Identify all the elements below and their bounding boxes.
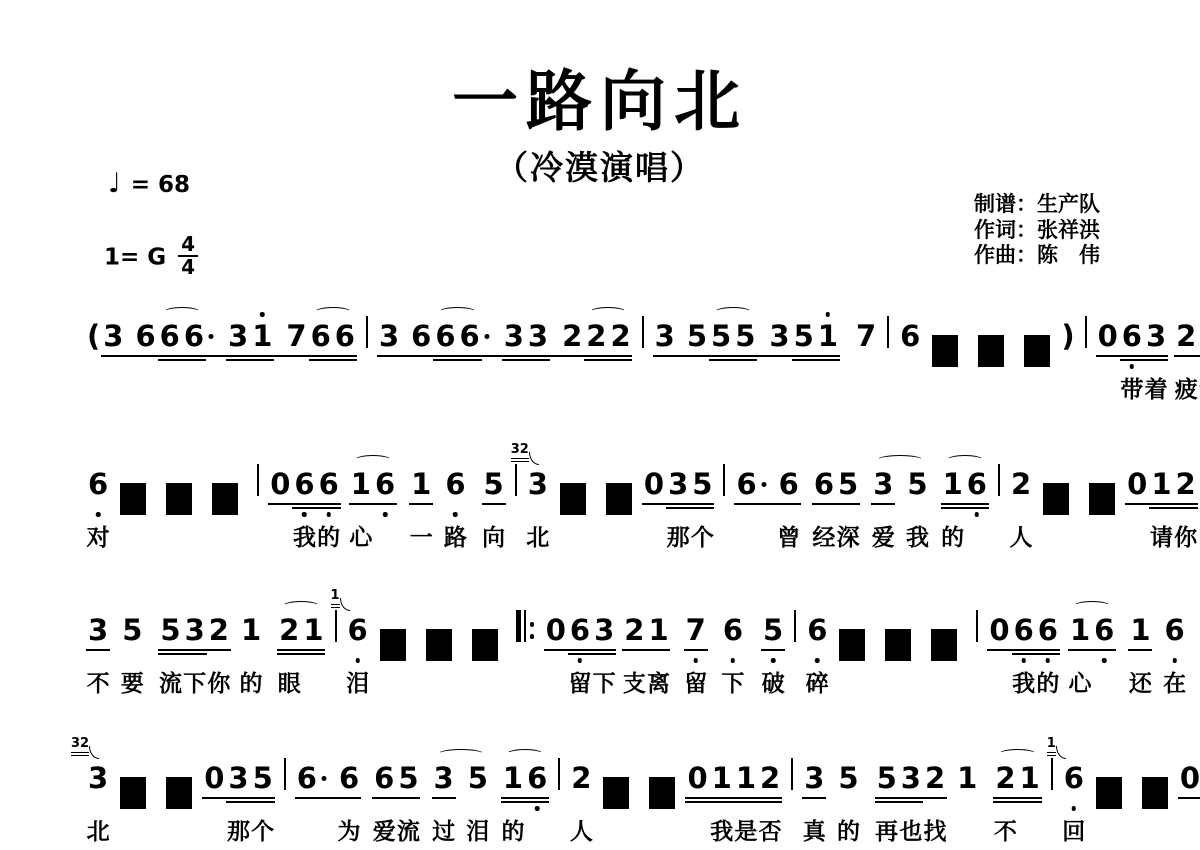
barline xyxy=(1051,758,1053,790)
octave-dot-low xyxy=(578,658,583,663)
grace-hook xyxy=(529,452,539,465)
digit: 1 xyxy=(303,613,323,647)
octave-dot-low xyxy=(1172,658,1177,663)
spacer xyxy=(947,762,955,794)
digit: 2 xyxy=(279,613,299,647)
digit: 6 xyxy=(460,319,480,353)
octave-dot-low xyxy=(326,512,331,517)
spacer xyxy=(144,614,158,646)
digit: 7 xyxy=(686,613,706,647)
digit: 3 xyxy=(504,319,524,353)
digit: 6 xyxy=(348,613,368,647)
beam-line xyxy=(158,653,207,655)
grace-hook xyxy=(340,598,350,611)
grace-note: 1 xyxy=(331,589,340,608)
lyric-text: 的 xyxy=(1036,665,1059,698)
digit: 3 xyxy=(228,761,248,795)
key-signature: 1= G44 xyxy=(104,236,198,280)
note-digit: 0 xyxy=(642,468,666,500)
dash-note xyxy=(166,483,192,515)
beam-line xyxy=(993,797,1042,799)
parenthesis: ) xyxy=(1060,320,1075,352)
spacer xyxy=(216,320,226,352)
lyric-text: 不 xyxy=(87,665,110,698)
beam-line xyxy=(1178,797,1200,799)
digit: 6 xyxy=(294,467,314,501)
beam-line xyxy=(684,649,708,651)
dash-note xyxy=(932,335,958,367)
note-digit: 6我 xyxy=(1012,614,1036,646)
credit-arranger: 制谱：生产队 xyxy=(974,192,1100,218)
quarter-note-icon: ♩ xyxy=(108,168,121,199)
lyric-text: 的 xyxy=(317,519,340,552)
digit: 1 xyxy=(241,613,261,647)
digit: 3 xyxy=(901,761,921,795)
beam-line xyxy=(1128,649,1152,651)
dash-note xyxy=(606,483,632,515)
barline xyxy=(515,464,517,496)
lyric-text: 请 xyxy=(1150,519,1173,552)
barline xyxy=(335,610,337,642)
lyric-text: 下 xyxy=(593,665,616,698)
digit: 2 xyxy=(610,319,630,353)
octave-dot-low xyxy=(1130,364,1135,369)
spacer xyxy=(274,320,284,352)
beam-line xyxy=(226,359,274,361)
digit: 3 xyxy=(804,761,824,795)
lyric-text: 你 xyxy=(1174,519,1197,552)
slur-arc xyxy=(589,307,627,318)
dash-note xyxy=(603,777,629,809)
note-digit: 6 xyxy=(433,320,457,352)
beam-line xyxy=(1149,507,1198,509)
note-digit: 3那 xyxy=(226,762,250,794)
beam-line xyxy=(502,359,550,361)
digit: 2 xyxy=(1176,467,1196,501)
beam-line xyxy=(622,649,670,651)
digit: 3 xyxy=(655,319,675,353)
digit: 6 xyxy=(570,613,590,647)
note-digit: 6经 xyxy=(812,468,836,500)
beam-line xyxy=(372,797,420,799)
note-digit: 1心 xyxy=(1068,614,1092,646)
spacer xyxy=(757,320,767,352)
note-digit: 3 xyxy=(226,320,250,352)
digit: 6 xyxy=(339,761,359,795)
octave-dot-low xyxy=(1046,658,1051,663)
spacer xyxy=(677,320,685,352)
dash-note xyxy=(120,777,146,809)
lyric-text: 对 xyxy=(87,519,110,552)
digit: 6 xyxy=(1094,613,1114,647)
octave-dot-high xyxy=(260,312,265,317)
note-digit: 2你 xyxy=(207,614,231,646)
digit: 2 xyxy=(1011,467,1031,501)
digit: 1 xyxy=(411,467,431,501)
digit: 3 xyxy=(103,319,123,353)
lyric-text: 个 xyxy=(691,519,714,552)
beam-line xyxy=(277,653,325,655)
lyric-text: 向 xyxy=(482,519,505,552)
grace-note: 32 xyxy=(511,443,529,462)
note-digit: 0 xyxy=(544,614,568,646)
digit: 6 xyxy=(1038,613,1058,647)
beam-line xyxy=(987,649,1060,651)
barline xyxy=(794,610,796,642)
digit: 0 xyxy=(1180,761,1200,795)
lyric-text: 破 xyxy=(762,665,785,698)
augmentation-dot xyxy=(206,320,216,352)
digit: 2 xyxy=(624,613,644,647)
digit: 5 xyxy=(735,319,755,353)
beam-line xyxy=(666,507,714,509)
note-digit: 5 xyxy=(792,320,816,352)
digit: 5 xyxy=(711,319,731,353)
dash-note xyxy=(1096,777,1122,809)
note-digit: 3 xyxy=(767,320,791,352)
digit: 6 xyxy=(319,467,339,501)
dash-note xyxy=(885,629,911,661)
digit: 0 xyxy=(204,761,224,795)
beam-line xyxy=(377,355,632,357)
dash-note xyxy=(1142,777,1168,809)
digit: 5 xyxy=(763,613,783,647)
credits: 制谱：生产队 作词：张祥洪 作曲：陈 伟 xyxy=(974,192,1100,269)
slur-arc xyxy=(946,455,984,466)
note-digit: 6 xyxy=(965,468,989,500)
digit: 5 xyxy=(794,319,814,353)
beam-line xyxy=(802,797,826,799)
note-digit: 1 xyxy=(301,614,325,646)
note-digit: 6 xyxy=(182,320,206,352)
digit: 6 xyxy=(435,319,455,353)
note-digit: 2人 xyxy=(1009,468,1033,500)
lyric-text: 为 xyxy=(338,813,361,846)
spacer xyxy=(860,468,871,500)
note-digit: 3下 xyxy=(592,614,616,646)
grace-hook xyxy=(89,746,99,759)
spacer xyxy=(1187,614,1200,646)
digit: 0 xyxy=(644,467,664,501)
spacer xyxy=(1153,614,1163,646)
lyric-text: 着 xyxy=(1145,371,1168,404)
augmentation-dot xyxy=(482,320,492,352)
spacer xyxy=(397,468,409,500)
digit: 2 xyxy=(760,761,780,795)
beam-line xyxy=(501,801,549,803)
dash-note xyxy=(649,777,675,809)
digit: 5 xyxy=(838,761,858,795)
lyric-text: 支 xyxy=(623,665,646,698)
lyric-text: 人 xyxy=(1010,519,1033,552)
note-digit: 7 xyxy=(854,320,878,352)
dash-note xyxy=(472,629,498,661)
beam-line xyxy=(158,649,231,651)
beam-line xyxy=(875,797,947,799)
beam-line xyxy=(433,359,482,361)
beam-line xyxy=(993,801,1042,803)
lyric-text: 也 xyxy=(899,813,922,846)
lyric-text: 是 xyxy=(734,813,757,846)
beam-line xyxy=(349,503,397,505)
beam-line xyxy=(309,359,357,361)
digit: 6 xyxy=(184,319,204,353)
slur-arc xyxy=(354,455,392,466)
note-digit: 5向 xyxy=(482,468,506,500)
dash-note xyxy=(120,483,146,515)
barline xyxy=(1085,316,1087,348)
beam-line xyxy=(875,801,923,803)
digit: 5 xyxy=(122,613,142,647)
octave-dot-low xyxy=(731,658,736,663)
digit: 6 xyxy=(1165,613,1185,647)
barline xyxy=(976,610,978,642)
octave-dot-low xyxy=(535,806,540,811)
barline xyxy=(998,464,1000,496)
beam-line xyxy=(568,653,616,655)
note-digit: 2人 xyxy=(569,762,593,794)
lyric-text: 那 xyxy=(667,519,690,552)
note-digit: 1的 xyxy=(239,614,263,646)
beam-line xyxy=(1120,359,1168,361)
spacer xyxy=(861,762,875,794)
digit: 6 xyxy=(375,467,395,501)
lyric-text: 还 xyxy=(1129,665,1152,698)
lyric-text: 的 xyxy=(501,813,524,846)
note-digit: 5我 xyxy=(905,468,929,500)
lyric-text: 的 xyxy=(240,665,263,698)
note-digit: 5 xyxy=(733,320,757,352)
digit: 1 xyxy=(957,761,977,795)
beam-line xyxy=(941,503,989,505)
note-digit: 3 xyxy=(377,320,401,352)
digit: 5 xyxy=(687,319,707,353)
lyric-text: 带 xyxy=(1120,371,1143,404)
note-digit: 3北32 xyxy=(86,762,110,794)
note-digit: 5的 xyxy=(836,762,860,794)
digit: 6 xyxy=(445,467,465,501)
beam-line xyxy=(1125,503,1198,505)
spacer xyxy=(769,468,777,500)
digit: 1 xyxy=(818,319,838,353)
note-digit: 3 xyxy=(653,320,677,352)
digit: 6 xyxy=(88,467,108,501)
spacer xyxy=(826,762,836,794)
spacer xyxy=(490,762,501,794)
beam-line xyxy=(158,359,206,361)
beam-line xyxy=(642,503,714,505)
digit: 5 xyxy=(877,761,897,795)
note-digit: 5泪 xyxy=(466,762,490,794)
digit: 1 xyxy=(1070,613,1090,647)
beam-line xyxy=(1174,355,1200,357)
beam-line xyxy=(432,797,456,799)
music-line-3: 3不5要5流3下2你1的2眼16泪106留3下2支1离7留6下5破6碎06我6的… xyxy=(86,614,1170,710)
digit: 5 xyxy=(838,467,858,501)
dash-note xyxy=(931,629,957,661)
slur-arc xyxy=(163,307,201,318)
spacer xyxy=(433,468,443,500)
note-digit: 6回1 xyxy=(1062,762,1086,794)
note-digit: 3下 xyxy=(183,614,207,646)
octave-dot-low xyxy=(1072,806,1077,811)
note-digit: 3爱 xyxy=(871,468,895,500)
digit: 2 xyxy=(995,761,1015,795)
spacer xyxy=(231,614,239,646)
digit: 0 xyxy=(546,613,566,647)
digit: 5 xyxy=(484,467,504,501)
digit: 6 xyxy=(779,467,799,501)
note-digit: 6 xyxy=(133,320,157,352)
digit: 3 xyxy=(528,467,548,501)
note-digit: 6的 xyxy=(317,468,341,500)
beam-line xyxy=(792,359,840,361)
digit: 1 xyxy=(712,761,732,795)
music-line-1: (366631766366633222355535176)06带3着2疲1惫7带… xyxy=(86,320,1170,416)
digit: 3 xyxy=(668,467,688,501)
note-digit: 7 xyxy=(284,320,308,352)
lyric-text: 人 xyxy=(570,813,593,846)
note-digit: 1我 xyxy=(710,762,734,794)
note-digit: 3过 xyxy=(432,762,456,794)
note-digit: 2否 xyxy=(758,762,782,794)
note-digit: 6带 xyxy=(1120,320,1144,352)
time-numerator: 4 xyxy=(178,234,198,257)
digit: 2 xyxy=(209,613,229,647)
lyric-text: 离 xyxy=(647,665,670,698)
note-digit: 6路 xyxy=(443,468,467,500)
digit: 6 xyxy=(723,613,743,647)
note-digit: 2支 xyxy=(622,614,646,646)
barline xyxy=(284,758,286,790)
key-label: 1= G xyxy=(104,245,166,271)
digit: 6 xyxy=(160,319,180,353)
lyric-text: 我 xyxy=(710,813,733,846)
lyric-text: 那 xyxy=(227,813,250,846)
beam-line xyxy=(1012,653,1060,655)
digit: 7 xyxy=(286,319,306,353)
note-digit: 5要 xyxy=(120,614,144,646)
digit: 5 xyxy=(468,761,488,795)
lyric-text: 碎 xyxy=(806,665,829,698)
note-digit: 1 xyxy=(250,320,274,352)
octave-dot-low xyxy=(771,658,776,663)
digit: 1 xyxy=(503,761,523,795)
lyric-text: 爱 xyxy=(872,519,895,552)
lyric-text: 北 xyxy=(87,813,110,846)
note-digit: 7留 xyxy=(684,614,708,646)
spacer xyxy=(468,468,482,500)
lyric-text: 深 xyxy=(837,519,860,552)
octave-dot-low xyxy=(815,658,820,663)
note-digit: 0 xyxy=(987,614,1011,646)
spacer xyxy=(329,762,337,794)
barline xyxy=(257,464,259,496)
grace-note: 1 xyxy=(1047,737,1056,756)
beam-line xyxy=(871,503,895,505)
note-digit: 6在 xyxy=(1163,614,1187,646)
lyric-text: 留 xyxy=(568,665,591,698)
slur-arc xyxy=(314,307,352,318)
beam-line xyxy=(1068,649,1116,651)
slur-arc xyxy=(282,601,320,612)
lyric-text: 找 xyxy=(924,813,947,846)
dash-note xyxy=(212,483,238,515)
barline xyxy=(558,758,560,790)
beam-line xyxy=(86,649,110,651)
note-digit: 5个 xyxy=(251,762,275,794)
note-digit: 2 xyxy=(560,320,584,352)
octave-dot-low xyxy=(453,512,458,517)
credit-composer: 作曲：陈 伟 xyxy=(974,243,1100,269)
lyric-text: 疲 xyxy=(1175,371,1198,404)
lyric-text: 心 xyxy=(349,519,372,552)
note-digit: 2眼 xyxy=(277,614,301,646)
music-line-4: 3北3203那5个66为6爱5流3过5泪1的62人01我1是2否3真5的5再3也… xyxy=(86,762,1170,850)
digit: 6 xyxy=(527,761,547,795)
note-digit: 1离 xyxy=(646,614,670,646)
spacer xyxy=(492,320,502,352)
digit: 0 xyxy=(687,761,707,795)
lyric-text: 回 xyxy=(1062,813,1085,846)
grace-hook xyxy=(1056,746,1066,759)
spacer xyxy=(361,762,372,794)
lyric-text: 心 xyxy=(1069,665,1092,698)
beam-line xyxy=(292,507,341,509)
credit-lyricist: 作词：张祥洪 xyxy=(974,218,1100,244)
note-digit: 5深 xyxy=(836,468,860,500)
lyric-text: 爱 xyxy=(373,813,396,846)
lyric-text: 我 xyxy=(293,519,316,552)
beam-line xyxy=(544,649,616,651)
lyric-text: 北 xyxy=(526,519,549,552)
digit: 5 xyxy=(398,761,418,795)
lyric-text: 眼 xyxy=(278,665,301,698)
note-digit: 1请 xyxy=(1149,468,1173,500)
beam-line xyxy=(812,503,860,505)
digit: 1 xyxy=(252,319,272,353)
lyric-text: 我 xyxy=(906,519,929,552)
digit: 6 xyxy=(1014,613,1034,647)
note-digit: 2不 xyxy=(993,762,1017,794)
lyric-text: 不 xyxy=(994,813,1017,846)
dash-note xyxy=(978,335,1004,367)
note-digit: 6 xyxy=(409,320,433,352)
octave-dot-high xyxy=(826,312,831,317)
parenthesis: ( xyxy=(86,320,101,352)
lyric-text: 曾 xyxy=(777,519,800,552)
spacer xyxy=(801,468,812,500)
octave-dot-low xyxy=(383,512,388,517)
note-digit: 0 xyxy=(202,762,226,794)
digit: 6 xyxy=(335,319,355,353)
beam-line xyxy=(501,797,549,799)
lyric-text: 留 xyxy=(684,665,707,698)
octave-dot-low xyxy=(302,512,307,517)
music-line-2: 6对06我6的1心61一6路5向3北3203那5个66曾6经5深3爱5我1的62… xyxy=(86,468,1170,564)
note-digit: 3也 xyxy=(899,762,923,794)
beam-line xyxy=(226,801,275,803)
beam-line xyxy=(709,359,757,361)
beam-line xyxy=(734,503,801,505)
note-digit: 2 xyxy=(608,320,632,352)
spacer xyxy=(401,320,409,352)
octave-dot-low xyxy=(975,512,980,517)
note-digit: 3真 xyxy=(802,762,826,794)
digit: 6 xyxy=(374,761,394,795)
time-signature: 44 xyxy=(178,234,198,278)
digit: 6 xyxy=(807,613,827,647)
